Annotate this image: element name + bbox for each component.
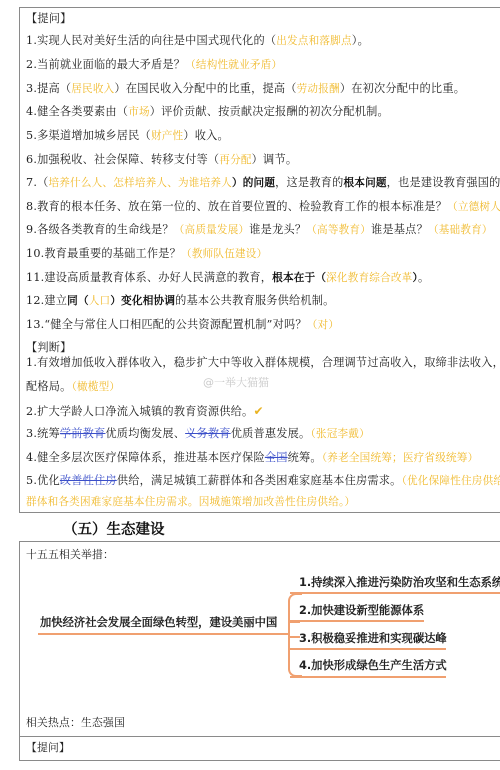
answer: （养老全国统筹；医疗省级统筹） [322, 452, 479, 464]
answer: （张冠李戴） [310, 428, 369, 440]
header-panduan: 【判断】 [26, 341, 72, 355]
question-3: 3.提高（居民收入）在国民收入分配中的比重，提高（劳动报酬）在初次分配中的比重。 [26, 82, 465, 96]
question-4: 4.健全各类要素由（市场）评价贡献、按贡献决定报酬的初次分配机制。 [26, 105, 389, 119]
judge-2: 2.扩大学龄人口净流入城镇的教育资源供给。✔ [26, 404, 264, 419]
question-10: 10.教育最重要的基础工作是？（教师队伍建设） [26, 247, 267, 261]
answer: （高质量发展） [174, 224, 250, 236]
answer: （教师队伍建设） [181, 248, 267, 260]
question-12: 12.建立同（人口）变化相协调的基本公共教育服务供给机制。 [26, 294, 335, 308]
answer: （对） [307, 319, 339, 331]
answer: （基础教育） [428, 224, 493, 236]
judge-4: 4.健全多层次医疗保障体系，推进基本医疗保险全国统筹。（养老全国统筹；医疗省级统… [26, 451, 478, 465]
header-tiwen: 【提问】 [26, 12, 72, 26]
row-divider [19, 736, 500, 737]
question-11: 11.建设高质量教育体系、办好人民满意的教育，根本在于（深化教育综合改革）。 [26, 271, 429, 285]
answer: 劳动报酬 [297, 83, 340, 95]
branch-underline [290, 676, 446, 678]
judge-5-line1: 5.优化改善性住房供给，满足城镇工薪群体和各类困难家庭基本住房需求。（优化保障性… [26, 474, 500, 488]
judge-1-line1: 1.有效增加低收入群体收入，稳步扩大中等收入群体规模，合理调节过高收入，取缔非法… [26, 356, 500, 370]
judge-5-line2: 群体和各类困难家庭基本住房需求。因城施策增加改善性住房供给。） [26, 495, 355, 509]
question-1: 1.实现人民对美好生活的向往是中国式现代化的（出发点和落脚点）。 [26, 34, 369, 48]
question-6: 6.加强税收、社会保障、转移支付等（再分配）调节。 [26, 153, 297, 167]
answer: 居民收入 [71, 83, 114, 95]
answer: 培养什么人、怎样培养人、为谁培养人 [48, 177, 232, 189]
answer: （立德树人 [447, 201, 500, 213]
answer: （高等教育） [306, 224, 371, 236]
watermark: @一举大猫猫 [203, 374, 269, 390]
mindmap-root-line [38, 633, 288, 635]
struck-text: 全国 [265, 451, 288, 464]
mindmap-root: 加快经济社会发展全面绿色转型，建设美丽中国 [40, 614, 277, 630]
struck-text: 改善性住房 [60, 474, 117, 487]
question-2: 2.当前就业面临的最大矛盾是？（结构性就业矛盾） [26, 58, 282, 72]
question-13: 13.“健全与常住人口相匹配的公共资源配置机制”对吗？（对） [26, 318, 339, 332]
struck-text: 义务教育 [185, 427, 231, 440]
answer: 出发点和落脚点 [276, 35, 352, 47]
question-7: 7.（培养什么人、怎样培养人、为谁培养人）的问题，这是教育的根本问题，也是建设教… [26, 176, 500, 190]
struck-text: 学前教育 [60, 427, 106, 440]
answer: 深化教育综合改革 [326, 272, 412, 284]
section-title: （五）生态建设 [63, 518, 165, 539]
answer: 人口 [89, 295, 111, 307]
question-8: 8.教育的根本任务、放在第一位的、放在首要位置的、检验教育工作的根本标准是？（立… [26, 200, 500, 214]
mindmap-branch-1: 1.持续深入推进污染防治攻坚和生态系统优 [299, 574, 500, 590]
related-hotspot: 相关热点：生态强国 [26, 716, 125, 730]
check-icon: ✔ [253, 404, 263, 418]
answer: 市场 [128, 106, 150, 118]
judge-3: 3.统筹学前教育优质均衡发展、义务教育优质普惠发展。（张冠李戴） [26, 427, 370, 441]
branch-underline [290, 648, 446, 650]
judge-1-line2: 配格局。（橄榄型） [26, 380, 120, 394]
mindmap-branch-4: 4.加快形成绿色生产生活方式 [299, 657, 447, 673]
answer: 再分配 [219, 154, 251, 166]
mindmap-branch-2: 2.加快建设新型能源体系 [299, 602, 424, 618]
answer: 群体和各类困难家庭基本住房需求。因城施策增加改善性住房供给。） [26, 496, 355, 508]
question-9: 9.各级各类教育的生命线是？（高质量发展）谁是龙头？（高等教育）谁是基点？（基础… [26, 223, 493, 237]
answer: （橄榄型） [72, 381, 121, 393]
question-5: 5.多渠道增加城乡居民（财产性）收入。 [26, 129, 229, 143]
answer: （优化保障性住房供给 [402, 475, 500, 487]
footer-tiwen: 【提问】 [26, 741, 70, 755]
branch-underline [290, 620, 424, 622]
branch-underline [290, 592, 500, 594]
answer: （结构性就业矛盾） [185, 59, 282, 71]
measures-label: 十五五相关举措： [26, 548, 114, 562]
mindmap-branch-3: 3.积极稳妥推进和实现碳达峰 [299, 630, 447, 646]
answer: 财产性 [151, 130, 183, 142]
